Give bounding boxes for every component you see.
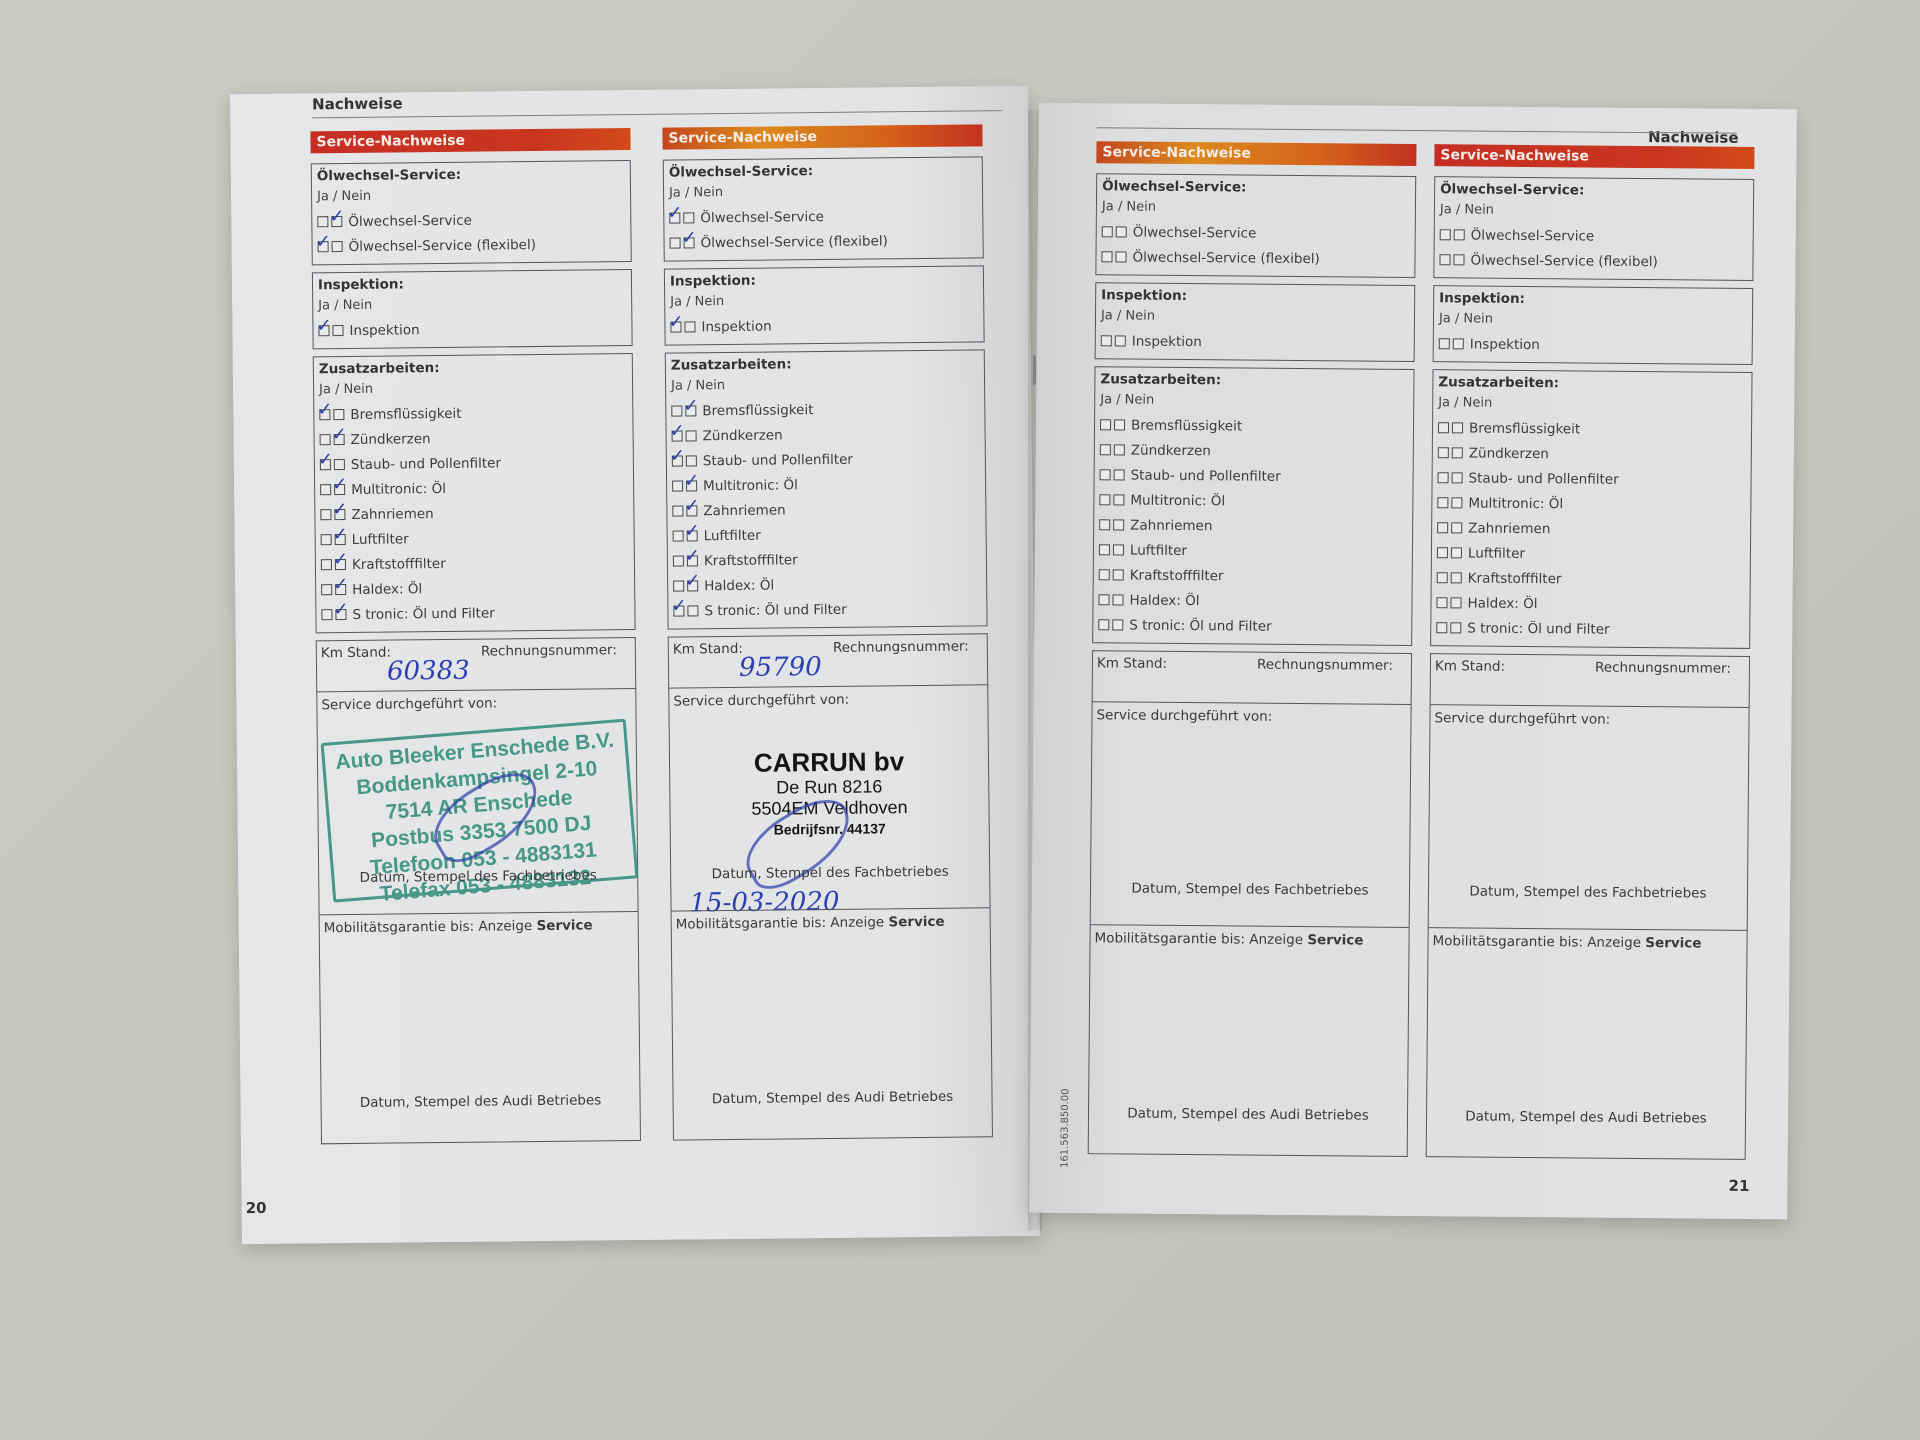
checklist-row: S tronic: Öl und Filter	[1436, 615, 1744, 643]
checkbox-ja[interactable]	[673, 530, 684, 541]
checkbox-nein[interactable]	[335, 534, 346, 545]
left-page: Nachweise Service-NachweiseÖlwechsel-Ser…	[230, 86, 1040, 1244]
checkbox-nein[interactable]	[333, 409, 344, 420]
checklist-row: Multitronic: Öl	[1437, 490, 1745, 518]
part-number: 161.563.850.00	[1060, 1088, 1072, 1168]
checkbox-ja[interactable]	[671, 405, 682, 416]
header-rule	[312, 110, 1002, 118]
oil-change-section: Ölwechsel-Service:Ja / NeinÖlwechsel-Ser…	[1433, 176, 1754, 281]
checkbox-ja[interactable]	[320, 509, 331, 520]
service-performed-box: Service durchgeführt von:Auto Bleeker En…	[316, 688, 638, 914]
checklist-label: Haldex: Öl	[352, 581, 422, 598]
checklist-row: S tronic: Öl und Filter	[673, 595, 981, 623]
workshop-stamp-label: Datum, Stempel des Fachbetriebes	[671, 863, 989, 882]
checklist-row: Bremsflüssigkeit	[1100, 412, 1408, 440]
km-stand-label: Km Stand:	[1435, 658, 1505, 675]
checklist-row: Zahnriemen	[1437, 515, 1745, 543]
checklist-label: Bremsflüssigkeit	[702, 402, 813, 419]
card-banner: Service-Nachweise	[310, 128, 630, 153]
checkbox-ja[interactable]	[673, 555, 684, 566]
inspection-title: Inspektion:	[1101, 287, 1409, 306]
checkbox-ja[interactable]	[319, 409, 330, 420]
checklist-label: Ölwechsel-Service (flexibel)	[1132, 249, 1319, 267]
oil-change-title: Ölwechsel-Service:	[317, 165, 625, 184]
checklist-label: Inspektion	[1470, 336, 1540, 353]
checkbox-ja[interactable]	[1098, 619, 1109, 630]
checkbox-nein[interactable]	[332, 325, 343, 336]
ja-nein-label: Ja / Nein	[1439, 311, 1747, 329]
checklist-row: Haldex: Öl	[1436, 590, 1744, 618]
checklist-row: Zahnriemen	[1099, 512, 1407, 540]
service-performed-box: Service durchgeführt von:Datum, Stempel …	[1090, 701, 1412, 927]
checkbox-ja[interactable]	[320, 434, 331, 445]
checkbox-nein[interactable]	[331, 216, 342, 227]
checkbox-nein[interactable]	[1450, 597, 1461, 608]
mobility-guarantee-label: Mobilitätsgarantie bis: Anzeige Service	[1432, 933, 1701, 951]
checkbox-nein[interactable]	[1452, 447, 1463, 458]
checklist-row: Bremsflüssigkeit	[319, 399, 627, 427]
checkbox-nein[interactable]	[687, 530, 698, 541]
mileage-invoice-box: Km Stand:Rechnungsnummer:60383	[316, 637, 637, 691]
checklist-row: Haldex: Öl	[1098, 587, 1406, 615]
checklist-label: Staub- und Pollenfilter	[1469, 470, 1619, 487]
ja-nein-label: Ja / Nein	[1101, 308, 1409, 326]
checklist-label: Ölwechsel-Service	[1133, 224, 1257, 241]
ja-nein-label: Ja / Nein	[669, 182, 977, 200]
checklist-label: Kraftstofffilter	[352, 555, 446, 572]
checklist-row: Kraftstofffilter	[321, 549, 629, 577]
checklist-label: Inspektion	[1132, 333, 1202, 350]
checklist-row: Haldex: Öl	[321, 574, 629, 602]
checklist-row: Kraftstofffilter	[1437, 565, 1745, 593]
checklist-label: Zündkerzen	[1469, 445, 1549, 462]
checkbox-nein[interactable]	[1113, 569, 1124, 580]
checklist-label: S tronic: Öl und Filter	[704, 601, 846, 618]
checklist-label: Ölwechsel-Service (flexibel)	[349, 237, 536, 255]
checkbox-nein[interactable]	[684, 321, 695, 332]
checklist-label: S tronic: Öl und Filter	[1467, 620, 1609, 637]
mobility-service-text: Service	[1307, 932, 1363, 948]
checklist-label: Multitronic: Öl	[1468, 495, 1563, 512]
checklist-row: Kraftstofffilter	[673, 545, 981, 573]
checklist-row: Luftfilter	[321, 524, 629, 552]
checkbox-ja[interactable]	[1438, 447, 1449, 458]
oil-change-title: Ölwechsel-Service:	[669, 161, 977, 180]
checkbox-ja[interactable]	[1099, 519, 1110, 530]
checklist-row: Ölwechsel-Service	[669, 202, 977, 230]
checklist-label: Zahnriemen	[1130, 517, 1212, 534]
mobility-guarantee-box: Mobilitätsgarantie bis: Anzeige ServiceD…	[671, 907, 993, 1140]
checkbox-ja[interactable]	[1440, 229, 1451, 240]
checklist-row: Luftfilter	[673, 520, 981, 548]
checkbox-ja[interactable]	[669, 213, 680, 224]
checklist-row: Luftfilter	[1099, 537, 1407, 565]
checkbox-nein[interactable]	[686, 455, 697, 466]
checkbox-ja[interactable]	[321, 559, 332, 570]
mobility-guarantee-box: Mobilitätsgarantie bis: Anzeige ServiceD…	[319, 911, 641, 1144]
checkbox-ja[interactable]	[1437, 547, 1448, 558]
checkbox-nein[interactable]	[335, 609, 346, 620]
mobility-text: Mobilitätsgarantie bis: Anzeige	[324, 918, 533, 936]
checklist-label: Kraftstofffilter	[1130, 567, 1224, 584]
checklist-row: Bremsflüssigkeit	[1438, 415, 1746, 443]
checklist-label: Zahnriemen	[351, 506, 433, 523]
checkbox-ja[interactable]	[321, 534, 332, 545]
checklist-row: Inspektion	[1101, 328, 1409, 356]
checkbox-nein[interactable]	[687, 580, 698, 591]
checkbox-ja[interactable]	[670, 321, 681, 332]
checklist-label: Zündkerzen	[351, 431, 431, 448]
checkbox-ja[interactable]	[672, 455, 683, 466]
checklist-row: S tronic: Öl und Filter	[321, 599, 629, 627]
checklist-row: Staub- und Pollenfilter	[1100, 462, 1408, 490]
checklist-label: Staub- und Pollenfilter	[1131, 467, 1281, 484]
audi-stamp-label: Datum, Stempel des Audi Betriebes	[1089, 1105, 1407, 1124]
checkbox-ja[interactable]	[1100, 444, 1111, 455]
ja-nein-label: Ja / Nein	[671, 375, 979, 393]
checklist-label: Haldex: Öl	[1467, 595, 1537, 612]
checkbox-nein[interactable]	[686, 505, 697, 516]
checkbox-ja[interactable]	[1438, 422, 1449, 433]
checklist-row: Multitronic: Öl	[672, 470, 980, 498]
extra-work-section: Zusatzarbeiten:Ja / NeinBremsflüssigkeit…	[313, 353, 636, 633]
checkbox-nein[interactable]	[687, 555, 698, 566]
checkbox-ja[interactable]	[318, 241, 329, 252]
checkbox-ja[interactable]	[1099, 569, 1110, 580]
checklist-label: Ölwechsel-Service	[1471, 227, 1595, 244]
checklist-label: Ölwechsel-Service	[700, 208, 824, 225]
header-rule-right	[1097, 127, 1737, 134]
checkbox-nein[interactable]	[1115, 251, 1126, 262]
invoice-number-label: Rechnungsnummer:	[1257, 657, 1393, 674]
inspection-title: Inspektion:	[318, 274, 626, 293]
checkbox-ja[interactable]	[673, 605, 684, 616]
checkbox-nein[interactable]	[334, 509, 345, 520]
stamp-line: CARRUN bv	[670, 745, 988, 778]
checklist-label: Zündkerzen	[1131, 442, 1211, 459]
checkbox-ja[interactable]	[317, 216, 328, 227]
checkbox-nein[interactable]	[1453, 254, 1464, 265]
checklist-label: Haldex: Öl	[1129, 592, 1199, 609]
checklist-row: Zündkerzen	[671, 420, 979, 448]
invoice-number-label: Rechnungsnummer:	[1595, 660, 1731, 677]
checkbox-ja[interactable]	[1439, 254, 1450, 265]
checkbox-ja[interactable]	[320, 459, 331, 470]
audi-stamp-label: Datum, Stempel des Audi Betriebes	[321, 1092, 639, 1111]
checklist-label: Zahnriemen	[703, 502, 785, 519]
checklist-row: Bremsflüssigkeit	[671, 395, 979, 423]
checkbox-nein[interactable]	[1452, 422, 1463, 433]
checklist-label: Bremsflüssigkeit	[1469, 420, 1580, 437]
km-stand-label: Km Stand:	[1097, 655, 1167, 672]
extra-work-section: Zusatzarbeiten:Ja / NeinBremsflüssigkeit…	[1092, 366, 1414, 646]
checklist-row: Ölwechsel-Service	[317, 206, 625, 234]
checklist-label: S tronic: Öl und Filter	[1129, 617, 1271, 634]
checklist-row: S tronic: Öl und Filter	[1098, 612, 1406, 640]
inspection-title: Inspektion:	[670, 270, 978, 289]
checkbox-ja[interactable]	[1101, 251, 1112, 262]
km-stand-value[interactable]: 95790	[739, 652, 822, 683]
inspection-section: Inspektion:Ja / NeinInspektion	[312, 269, 633, 349]
checklist-label: Luftfilter	[704, 527, 761, 544]
checkbox-nein[interactable]	[334, 434, 345, 445]
checklist-label: Staub- und Pollenfilter	[351, 455, 501, 473]
service-performed-box: Service durchgeführt von:CARRUN bvDe Run…	[668, 684, 990, 910]
service-by-label: Service durchgeführt von:	[1096, 707, 1272, 725]
extra-work-section: Zusatzarbeiten:Ja / NeinBremsflüssigkeit…	[665, 349, 988, 629]
checkbox-ja[interactable]	[1099, 544, 1110, 555]
service-card-3: Service-NachweiseÖlwechsel-Service:Ja / …	[1088, 141, 1417, 1157]
checkbox-ja[interactable]	[1437, 572, 1448, 583]
workshop-stamp-label: Datum, Stempel des Fachbetriebes	[319, 867, 637, 886]
ja-nein-label: Ja / Nein	[317, 186, 625, 204]
service-card-2: Service-NachweiseÖlwechsel-Service:Ja / …	[662, 124, 993, 1140]
checkbox-ja[interactable]	[672, 430, 683, 441]
right-page: Nachweise Service-NachweiseÖlwechsel-Ser…	[1029, 103, 1797, 1220]
checkbox-nein[interactable]	[1115, 335, 1126, 346]
checklist-label: Kraftstofffilter	[704, 552, 798, 569]
service-by-label: Service durchgeführt von:	[673, 692, 849, 710]
checklist-row: Staub- und Pollenfilter	[320, 449, 628, 477]
checkbox-ja[interactable]	[1436, 597, 1447, 608]
oil-change-section: Ölwechsel-Service:Ja / NeinÖlwechsel-Ser…	[311, 160, 632, 265]
service-card-1: Service-NachweiseÖlwechsel-Service:Ja / …	[310, 128, 641, 1144]
mileage-invoice-box: Km Stand:Rechnungsnummer:95790	[668, 633, 989, 687]
checklist-row: Staub- und Pollenfilter	[1437, 465, 1745, 493]
checkbox-nein[interactable]	[686, 430, 697, 441]
inspection-section: Inspektion:Ja / NeinInspektion	[1433, 285, 1754, 365]
extra-work-title: Zusatzarbeiten:	[1438, 374, 1746, 393]
checkbox-ja[interactable]	[321, 584, 332, 595]
checkbox-nein[interactable]	[687, 605, 698, 616]
checklist-label: Zündkerzen	[703, 427, 783, 444]
checkbox-ja[interactable]	[1439, 338, 1450, 349]
checklist-row: Ölwechsel-Service (flexibel)	[1101, 244, 1409, 272]
card-banner: Service-Nachweise	[1096, 141, 1416, 166]
mobility-guarantee-box: Mobilitätsgarantie bis: Anzeige ServiceD…	[1088, 924, 1410, 1157]
checklist-label: Multitronic: Öl	[351, 480, 446, 497]
page-number-right: 21	[1728, 1177, 1749, 1195]
checklist-row: Ölwechsel-Service	[1102, 219, 1410, 247]
mileage-invoice-box: Km Stand:Rechnungsnummer:	[1430, 653, 1750, 707]
checklist-row: Inspektion	[1439, 331, 1747, 359]
checklist-row: Luftfilter	[1437, 540, 1745, 568]
card-banner: Service-Nachweise	[1434, 144, 1754, 169]
checkbox-ja[interactable]	[1437, 522, 1448, 533]
inspection-title: Inspektion:	[1439, 290, 1747, 309]
mobility-service-text: Service	[1645, 935, 1701, 951]
section-title-right: Nachweise	[1648, 128, 1739, 147]
audi-stamp-label: Datum, Stempel des Audi Betriebes	[1427, 1108, 1745, 1127]
checklist-row: Ölwechsel-Service (flexibel)	[669, 227, 977, 255]
checklist-label: Multitronic: Öl	[703, 477, 798, 494]
checklist-label: Ölwechsel-Service (flexibel)	[700, 233, 887, 251]
checklist-label: Ölwechsel-Service	[348, 212, 472, 229]
checkbox-nein[interactable]	[683, 212, 694, 223]
checkbox-ja[interactable]	[320, 484, 331, 495]
checkbox-nein[interactable]	[335, 584, 346, 595]
checklist-row: Multitronic: Öl	[320, 474, 628, 502]
mobility-text: Mobilitätsgarantie bis: Anzeige	[676, 914, 885, 932]
checklist-label: Luftfilter	[1130, 542, 1187, 558]
service-by-label: Service durchgeführt von:	[321, 695, 497, 713]
checkbox-ja[interactable]	[321, 609, 332, 620]
km-stand-label: Km Stand:	[321, 645, 391, 662]
checkbox-nein[interactable]	[1453, 338, 1464, 349]
mobility-text: Mobilitätsgarantie bis: Anzeige	[1432, 933, 1641, 951]
checkbox-ja[interactable]	[672, 480, 683, 491]
extra-work-title: Zusatzarbeiten:	[319, 358, 627, 377]
checklist-row: Inspektion	[318, 315, 626, 343]
checklist-row: Kraftstofffilter	[1099, 562, 1407, 590]
checkbox-ja[interactable]	[1100, 469, 1111, 480]
inspection-section: Inspektion:Ja / NeinInspektion	[664, 265, 985, 345]
checkbox-ja[interactable]	[318, 325, 329, 336]
checklist-row: Zündkerzen	[1100, 437, 1408, 465]
checkbox-nein[interactable]	[1451, 522, 1462, 533]
ja-nein-label: Ja / Nein	[1100, 392, 1408, 410]
ja-nein-label: Ja / Nein	[1438, 395, 1746, 413]
page-number-left: 20	[246, 1199, 267, 1217]
oil-change-section: Ölwechsel-Service:Ja / NeinÖlwechsel-Ser…	[663, 156, 984, 261]
checklist-label: Multitronic: Öl	[1130, 492, 1225, 509]
checkbox-nein[interactable]	[334, 484, 345, 495]
checkbox-nein[interactable]	[1450, 622, 1461, 633]
checkbox-nein[interactable]	[1116, 226, 1127, 237]
mobility-text: Mobilitätsgarantie bis: Anzeige	[1094, 930, 1303, 948]
checklist-row: Zahnriemen	[672, 495, 980, 523]
checklist-label: Inspektion	[349, 322, 419, 339]
mobility-guarantee-label: Mobilitätsgarantie bis: Anzeige Service	[676, 914, 945, 933]
checkbox-nein[interactable]	[1112, 594, 1123, 605]
checklist-label: Haldex: Öl	[704, 577, 774, 594]
checkbox-nein[interactable]	[334, 459, 345, 470]
extra-work-title: Zusatzarbeiten:	[671, 354, 979, 373]
checklist-label: Ölwechsel-Service (flexibel)	[1470, 252, 1657, 270]
checklist-row: Ölwechsel-Service (flexibel)	[1439, 247, 1747, 275]
checkbox-nein[interactable]	[1112, 619, 1123, 630]
checkbox-nein[interactable]	[1454, 229, 1465, 240]
km-stand-label: Km Stand:	[673, 641, 743, 658]
oil-change-title: Ölwechsel-Service:	[1440, 181, 1748, 200]
checkbox-nein[interactable]	[684, 237, 695, 248]
checklist-row: Ölwechsel-Service (flexibel)	[317, 231, 625, 259]
checkbox-nein[interactable]	[1114, 469, 1125, 480]
checkbox-nein[interactable]	[1114, 419, 1125, 430]
invoice-number-label: Rechnungsnummer:	[833, 639, 969, 656]
checklist-label: Bremsflüssigkeit	[1131, 417, 1242, 434]
mobility-guarantee-label: Mobilitätsgarantie bis: Anzeige Service	[324, 917, 593, 936]
checklist-label: S tronic: Öl und Filter	[352, 605, 494, 622]
card-banner: Service-Nachweise	[662, 124, 982, 149]
checklist-label: Inspektion	[701, 318, 771, 335]
checklist-row: Haldex: Öl	[673, 570, 981, 598]
checkbox-nein[interactable]	[1451, 572, 1462, 583]
checkbox-ja[interactable]	[1438, 472, 1449, 483]
checklist-row: Multitronic: Öl	[1099, 487, 1407, 515]
section-title-left: Nachweise	[312, 94, 403, 113]
checklist-label: Luftfilter	[1468, 545, 1525, 561]
checkbox-nein[interactable]	[685, 405, 696, 416]
checklist-row: Zündkerzen	[1438, 440, 1746, 468]
checklist-label: Zahnriemen	[1468, 520, 1550, 537]
checkbox-ja[interactable]	[1436, 622, 1447, 633]
ja-nein-label: Ja / Nein	[1102, 199, 1410, 217]
mobility-service-text: Service	[536, 917, 592, 934]
checklist-label: Staub- und Pollenfilter	[703, 451, 853, 469]
service-performed-box: Service durchgeführt von:Datum, Stempel …	[1428, 704, 1750, 930]
checklist-row: Ölwechsel-Service	[1440, 222, 1748, 250]
ja-nein-label: Ja / Nein	[319, 379, 627, 397]
invoice-number-label: Rechnungsnummer:	[481, 642, 617, 659]
checkbox-nein[interactable]	[1113, 544, 1124, 555]
checkbox-ja[interactable]	[1098, 594, 1109, 605]
checklist-row: Staub- und Pollenfilter	[672, 445, 980, 473]
extra-work-title: Zusatzarbeiten:	[1100, 371, 1408, 390]
checkbox-nein[interactable]	[1114, 444, 1125, 455]
checkbox-ja[interactable]	[1437, 497, 1448, 508]
audi-stamp-label: Datum, Stempel des Audi Betriebes	[673, 1088, 991, 1107]
ja-nein-label: Ja / Nein	[318, 295, 626, 313]
checklist-label: Luftfilter	[352, 531, 409, 548]
service-card-4: Service-NachweiseÖlwechsel-Service:Ja / …	[1426, 144, 1755, 1160]
checkbox-ja[interactable]	[1101, 335, 1112, 346]
checklist-label: Bremsflüssigkeit	[350, 405, 461, 422]
service-by-label: Service durchgeführt von:	[1434, 710, 1610, 728]
checkbox-ja[interactable]	[1100, 419, 1111, 430]
checkbox-nein[interactable]	[332, 241, 343, 252]
ja-nein-label: Ja / Nein	[1440, 202, 1748, 220]
checklist-label: Kraftstofffilter	[1468, 570, 1562, 587]
inspection-section: Inspektion:Ja / NeinInspektion	[1095, 282, 1416, 362]
checklist-row: Zahnriemen	[320, 499, 628, 527]
checkbox-nein[interactable]	[1451, 547, 1462, 558]
checkbox-ja[interactable]	[672, 505, 683, 516]
checkbox-ja[interactable]	[673, 580, 684, 591]
checkbox-nein[interactable]	[1452, 472, 1463, 483]
checkbox-nein[interactable]	[335, 559, 346, 570]
workshop-stamp-label: Datum, Stempel des Fachbetriebes	[1429, 883, 1747, 902]
mobility-guarantee-box: Mobilitätsgarantie bis: Anzeige ServiceD…	[1426, 927, 1748, 1160]
checkbox-nein[interactable]	[1113, 494, 1124, 505]
checkbox-nein[interactable]	[1451, 497, 1462, 508]
oil-change-section: Ölwechsel-Service:Ja / NeinÖlwechsel-Ser…	[1095, 173, 1416, 278]
extra-work-section: Zusatzarbeiten:Ja / NeinBremsflüssigkeit…	[1430, 369, 1752, 649]
oil-change-title: Ölwechsel-Service:	[1102, 178, 1410, 197]
mobility-service-text: Service	[888, 914, 944, 931]
checkbox-ja[interactable]	[670, 237, 681, 248]
checkbox-nein[interactable]	[686, 480, 697, 491]
mobility-guarantee-label: Mobilitätsgarantie bis: Anzeige Service	[1094, 930, 1363, 948]
workshop-stamp-label: Datum, Stempel des Fachbetriebes	[1091, 880, 1409, 899]
ja-nein-label: Ja / Nein	[670, 291, 978, 309]
checklist-row: Zündkerzen	[319, 424, 627, 452]
km-stand-value[interactable]: 60383	[387, 656, 470, 687]
mileage-invoice-box: Km Stand:Rechnungsnummer:	[1092, 650, 1412, 704]
checkbox-ja[interactable]	[1099, 494, 1110, 505]
checklist-row: Inspektion	[670, 311, 978, 339]
checkbox-ja[interactable]	[1102, 226, 1113, 237]
checkbox-nein[interactable]	[1113, 519, 1124, 530]
